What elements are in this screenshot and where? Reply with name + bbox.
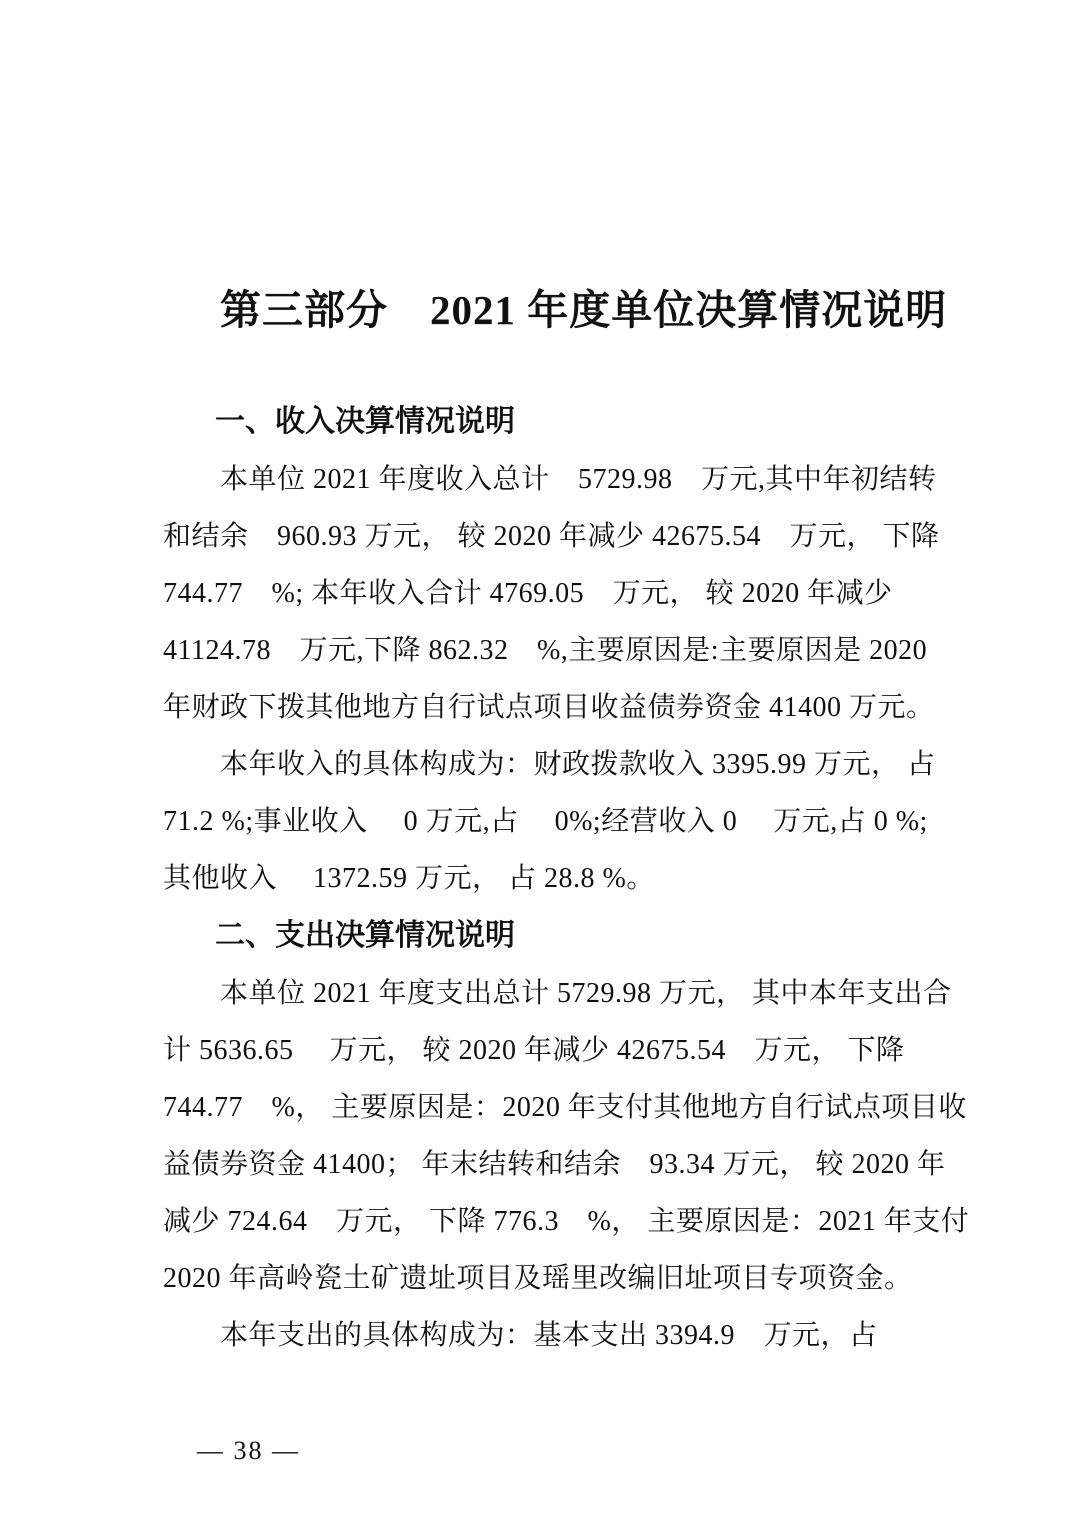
section-heading-expenditure: 二、支出决算情况说明 — [215, 907, 912, 965]
text-line: 年财政下拨其他地方自行试点项目收益债券资金 41400 万元。 — [163, 679, 912, 736]
page-title: 第三部分 2021 年度单位决算情况说明 — [220, 284, 912, 336]
text-line: 和结余 960.93 万元， 较 2020 年减少 42675.54 万元， 下… — [163, 508, 912, 565]
text-line: 744.77 %; 本年收入合计 4769.05 万元， 较 2020 年减少 — [163, 565, 912, 622]
text-line: 41124.78 万元,下降 862.32 %,主要原因是:主要原因是 2020 — [163, 622, 912, 679]
text-line: 2020 年高岭瓷土矿遗址项目及瑶里改编旧址项目专项资金。 — [163, 1250, 912, 1307]
text-line: 其他收入 1372.59 万元， 占 28.8 %。 — [163, 850, 912, 907]
text-line: 计 5636.65 万元， 较 2020 年减少 42675.54 万元， 下降 — [163, 1022, 912, 1079]
text-line: 益债券资金 41400； 年末结转和结余 93.34 万元， 较 2020 年 — [163, 1136, 912, 1193]
document-page: 第三部分 2021 年度单位决算情况说明 一、收入决算情况说明 本单位 2021… — [0, 0, 1074, 1520]
page-footer: — 38 — — [163, 1400, 300, 1502]
text-line: 本单位 2021 年度支出总计 5729.98 万元， 其中本年支出合 — [163, 965, 912, 1022]
section-heading-income: 一、收入决算情况说明 — [215, 393, 912, 451]
page-number: — 38 — — [197, 1436, 300, 1465]
text-line: 减少 724.64 万元， 下降 776.3 %， 主要原因是：2021 年支付 — [163, 1193, 912, 1250]
text-line: 本单位 2021 年度收入总计 5729.98 万元,其中年初结转 — [163, 451, 912, 508]
text-line: 本年支出的具体构成为：基本支出 3394.9 万元，占 — [163, 1307, 912, 1364]
text-line: 744.77 %， 主要原因是：2020 年支付其他地方自行试点项目收 — [163, 1079, 912, 1136]
text-line: 71.2 %;事业收入 0 万元,占 0%;经营收入 0 万元,占 0 %; — [163, 793, 912, 850]
text-line: 本年收入的具体构成为：财政拨款收入 3395.99 万元， 占 — [163, 736, 912, 793]
